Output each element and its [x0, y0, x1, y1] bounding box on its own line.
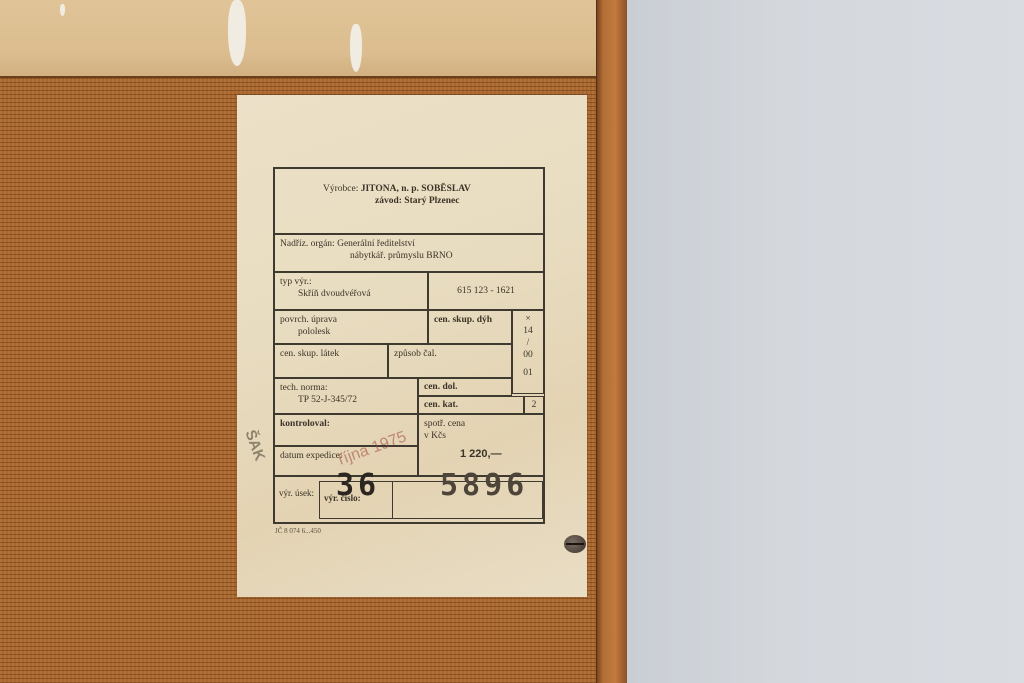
- price-dol-label: cen. dol.: [424, 382, 458, 392]
- tech-norm-cell: tech. norma: TP 52-J-345/72: [274, 378, 418, 414]
- wood-side-edge: [596, 0, 627, 683]
- price-cat: 2: [532, 400, 537, 410]
- product-type: Skříň dvoudvéřová: [280, 288, 422, 300]
- production-cell: výr. úsek: výr. číslo: 36 5896: [274, 476, 544, 523]
- tech-norm-label: tech. norma:: [280, 382, 412, 394]
- print-code: JČ 8 074 6...450: [275, 527, 321, 535]
- currency-label: v Kčs: [424, 430, 538, 442]
- manufacturer-name: JITONA, n. p. SOBĚSLAV: [361, 184, 471, 194]
- upholstery-cell: způsob čal.: [388, 344, 512, 378]
- wall-background: [625, 0, 1024, 683]
- veneer-value: 00: [515, 349, 541, 361]
- fabric-group-label: cen. skup. látek: [280, 349, 339, 359]
- veneer-group-label: cen. skup. dýh: [434, 315, 492, 325]
- unit-number: 36: [336, 480, 380, 492]
- fabric-group-cell: cen. skup. látek: [274, 344, 388, 378]
- manufacturer-label: Výrobce: JITONA, n. p. SOBĚSLAV závod: S…: [237, 95, 587, 597]
- authority-line2: nábytkář. průmyslu BRNO: [280, 250, 538, 262]
- hardboard-strip: [0, 0, 600, 78]
- tech-norm: TP 52-J-345/72: [280, 394, 412, 406]
- price-cat-cell: cen. kat.: [418, 396, 524, 414]
- veneer-group-cell: cen. skup. dýh: [428, 310, 512, 344]
- production-unit-label: výr. úsek:: [279, 487, 314, 499]
- authority-cell: Nadříz. orgán: Generální ředitelství náb…: [274, 234, 544, 272]
- authority-line1: Generální ředitelství: [337, 239, 415, 249]
- veneer-value: 01: [515, 367, 541, 379]
- veneer-value: 14: [515, 325, 541, 337]
- upholstery-label: způsob čal.: [394, 349, 437, 359]
- serial-box: výr. číslo: 36 5896: [319, 481, 543, 519]
- paint-peel: [60, 4, 65, 16]
- surface: pololesk: [280, 326, 422, 338]
- manufacturer-label-text: Výrobce:: [323, 184, 358, 194]
- manufacturer-cell: Výrobce: JITONA, n. p. SOBĚSLAV závod: S…: [274, 168, 544, 234]
- paint-peel: [228, 0, 246, 66]
- product-code: 615 123 - 1621: [457, 286, 515, 296]
- surface-cell: povrch. úprava pololesk: [274, 310, 428, 344]
- price-cat-label: cen. kat.: [424, 400, 458, 410]
- retail-price-label: spotř. cena: [424, 418, 538, 430]
- product-type-label: typ výr.:: [280, 276, 422, 288]
- retail-price-cell: spotř. cena v Kčs 1 220,—: [418, 414, 544, 476]
- veneer-value: /: [515, 337, 541, 349]
- price-cat-value-cell: 2: [524, 396, 544, 414]
- retail-price: 1 220,—: [424, 448, 538, 460]
- screw: [564, 535, 586, 553]
- paint-peel: [350, 24, 362, 72]
- serial-number: 5896: [440, 480, 528, 492]
- inspected-label: kontroloval:: [280, 419, 330, 429]
- price-dol-cell: cen. dol.: [418, 378, 512, 396]
- dispatch-date-label: datum expedice:: [280, 451, 343, 461]
- plant-name: závod: Starý Plzenec: [375, 196, 459, 206]
- veneer-group-values: × 14 / 00 01: [512, 310, 544, 394]
- product-code-cell: 615 123 - 1621: [428, 272, 544, 310]
- surface-label: povrch. úprava: [280, 314, 422, 326]
- side-stamp: ŠAK: [241, 428, 268, 464]
- product-type-cell: typ výr.: Skříň dvoudvéřová: [274, 272, 428, 310]
- label-form: Výrobce: JITONA, n. p. SOBĚSLAV závod: S…: [273, 167, 545, 524]
- veneer-value: ×: [515, 313, 541, 325]
- serial-divider: [392, 482, 393, 518]
- authority-label: Nadříz. orgán:: [280, 239, 335, 249]
